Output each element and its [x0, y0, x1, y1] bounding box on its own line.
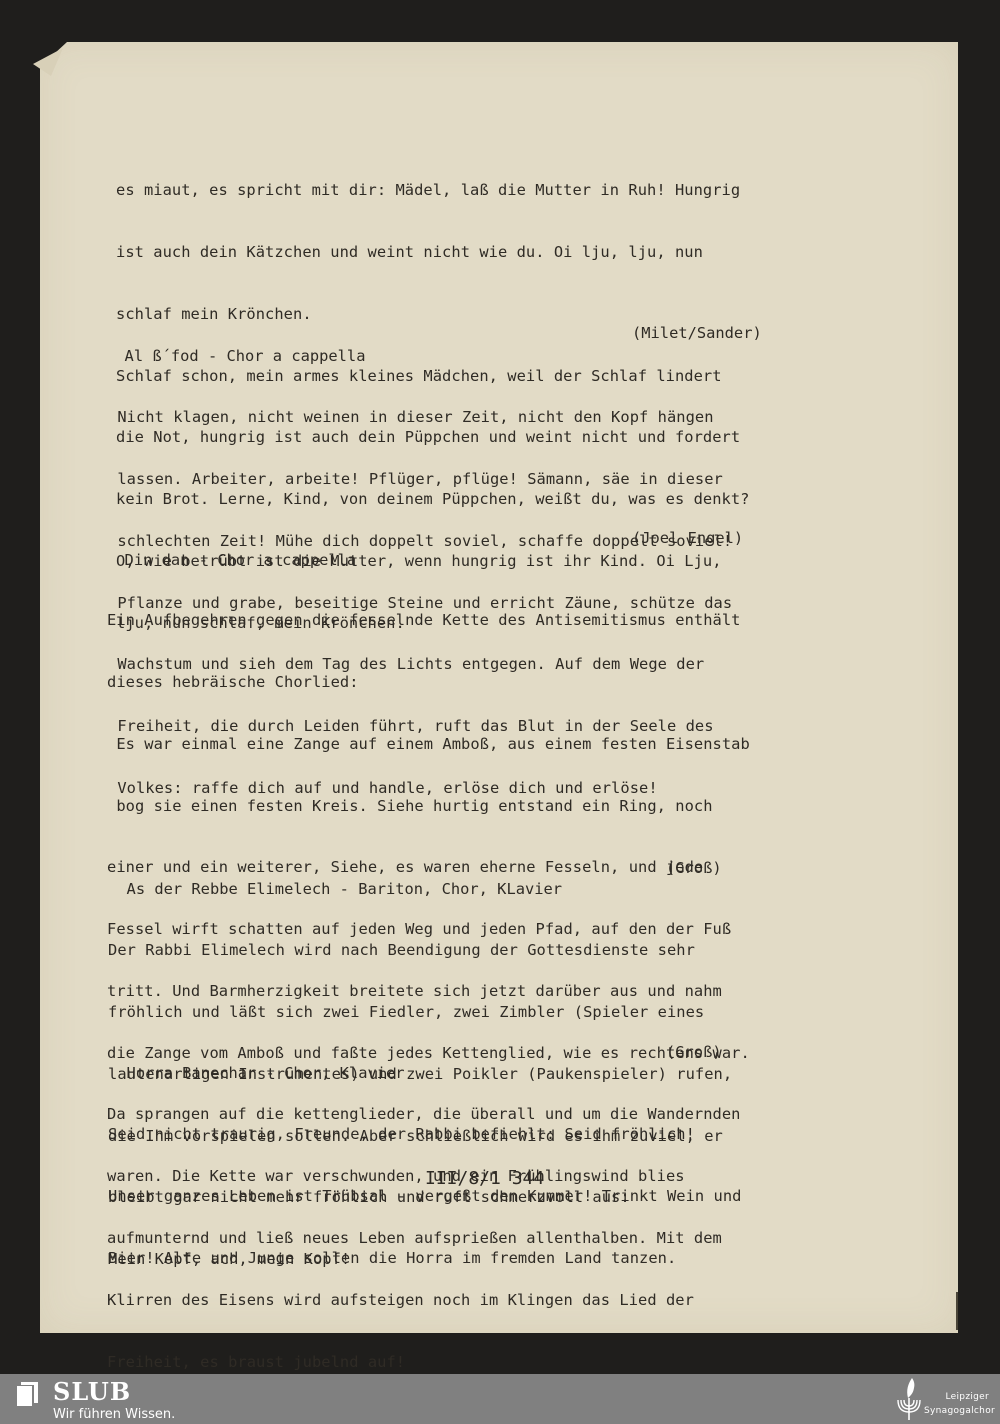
text-line: fröhlich und läßt sich zwei Fiedler, zwe…	[108, 1002, 732, 1023]
section-title: As der Rebbe Elimelech - Bariton, Chor, …	[127, 880, 563, 898]
section-heading: Horra Banechar - Chor, Klavier	[108, 1042, 405, 1083]
text-line: Ein Aufbegehren gegen die fesselnde Kett…	[107, 610, 750, 631]
section-composer: (Groß)	[666, 858, 722, 879]
partner-line-2: Synagogalchor	[920, 1404, 995, 1418]
text-line: dieses hebräische Chorlied:	[107, 672, 750, 693]
slub-tagline: Wir führen Wissen.	[53, 1407, 175, 1422]
partner-line-1: Leipziger	[920, 1390, 995, 1404]
text-line: es miaut, es spricht mit dir: Mädel, laß…	[116, 180, 749, 201]
footer-bar: SLUB Wir führen Wissen. Leipziger Synago…	[0, 1374, 1000, 1424]
slub-brand[interactable]: SLUB	[53, 1377, 131, 1406]
text-line: ist auch dein Kätzchen und weint nicht w…	[116, 242, 749, 263]
edge-mark	[956, 1292, 958, 1330]
text-line: Seid nicht traurig, Freunde, der Rabbi b…	[108, 1124, 741, 1145]
text-line: Nicht klagen, nicht weinen in dieser Zei…	[108, 407, 732, 428]
menorah-flame-icon	[895, 1376, 923, 1422]
text-line: lassen. Arbeiter, arbeite! Pflüger, pflü…	[108, 469, 732, 490]
text-line: Der Rabbi Elimelech wird nach Beendigung…	[108, 940, 732, 961]
section-title: Al ß´fod - Chor a cappella	[125, 347, 366, 365]
text-line: Freiheit, es braust jubelnd auf!	[107, 1352, 750, 1373]
text-line: Klirren des Eisens wird aufsteigen noch …	[107, 1290, 750, 1311]
section-heading: As der Rebbe Elimelech - Bariton, Chor, …	[108, 858, 562, 899]
slub-logo-icon	[13, 1380, 41, 1408]
section-heading: Din dan - Chor a cappella	[106, 529, 356, 570]
section-heading: Al ß´fod - Chor a cappella	[106, 325, 365, 366]
section-composer: (Groß)	[666, 1042, 722, 1063]
section-composer: (Joel Engel)	[632, 528, 743, 549]
text-line: Bier! Alte und Junge sollen die Horra im…	[108, 1248, 741, 1269]
partner-logo-text: Leipziger Synagogalchor	[920, 1390, 995, 1418]
section-composer: (Milet/Sander)	[632, 323, 762, 344]
text-line: Es war einmal eine Zange auf einem Amboß…	[107, 734, 750, 755]
text-line: schlaf mein Krönchen.	[116, 304, 749, 325]
text-line: bog sie einen festen Kreis. Siehe hurtig…	[107, 796, 750, 817]
text-line: Unser ganzes Leben ist Trübsal - vergeßt…	[108, 1186, 741, 1207]
section-title: Horra Banechar - Chor, Klavier	[127, 1064, 405, 1082]
archive-signature: III/8/1 344	[425, 1168, 544, 1189]
section-title: Din dan - Chor a cappella	[125, 551, 357, 569]
